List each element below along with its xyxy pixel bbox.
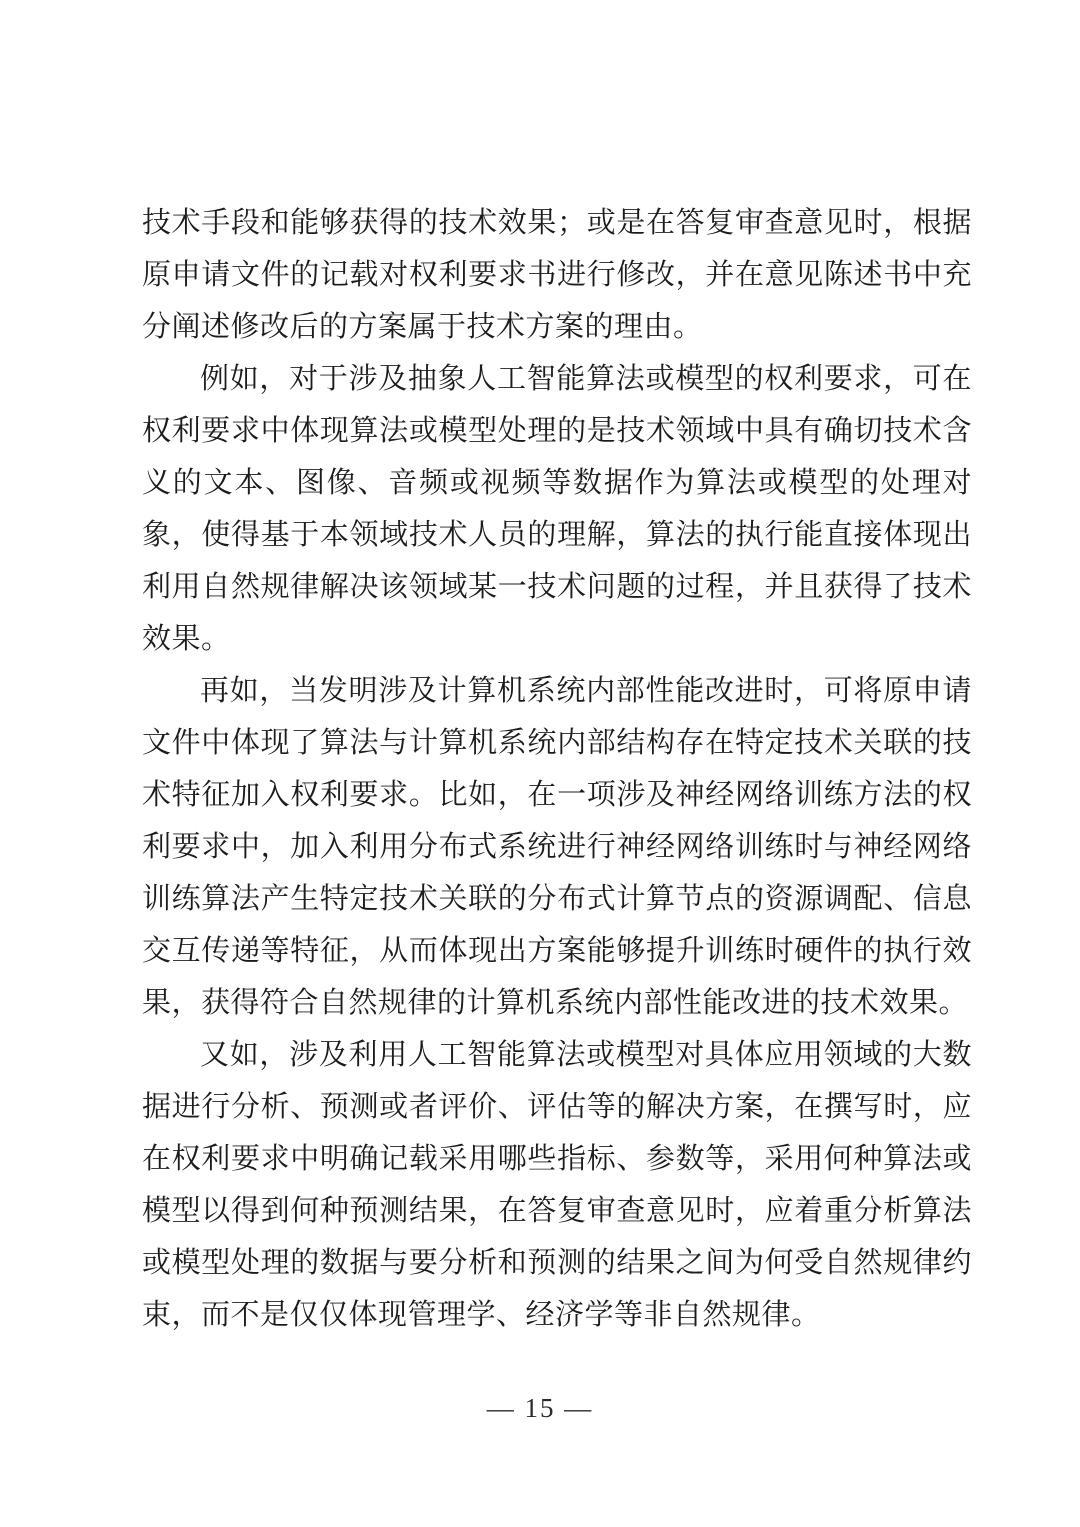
paragraph: 技术手段和能够获得的技术效果；或是在答复审查意见时，根据原申请文件的记载对权利要… [142, 197, 972, 353]
paragraph: 再如，当发明涉及计算机系统内部性能改进时，可将原申请文件中体现了算法与计算机系统… [142, 665, 972, 1029]
paragraph: 又如，涉及利用人工智能算法或模型对具体应用领域的大数据进行分析、预测或者评价、评… [142, 1029, 972, 1341]
page-number: — 15 — [487, 1393, 594, 1423]
document-body: 技术手段和能够获得的技术效果；或是在答复审查意见时，根据原申请文件的记载对权利要… [142, 197, 972, 1341]
page-footer: — 15 — [0, 1388, 1080, 1428]
document-page: 技术手段和能够获得的技术效果；或是在答复审查意见时，根据原申请文件的记载对权利要… [0, 0, 1080, 1527]
paragraph: 例如，对于涉及抽象人工智能算法或模型的权利要求，可在权利要求中体现算法或模型处理… [142, 353, 972, 665]
